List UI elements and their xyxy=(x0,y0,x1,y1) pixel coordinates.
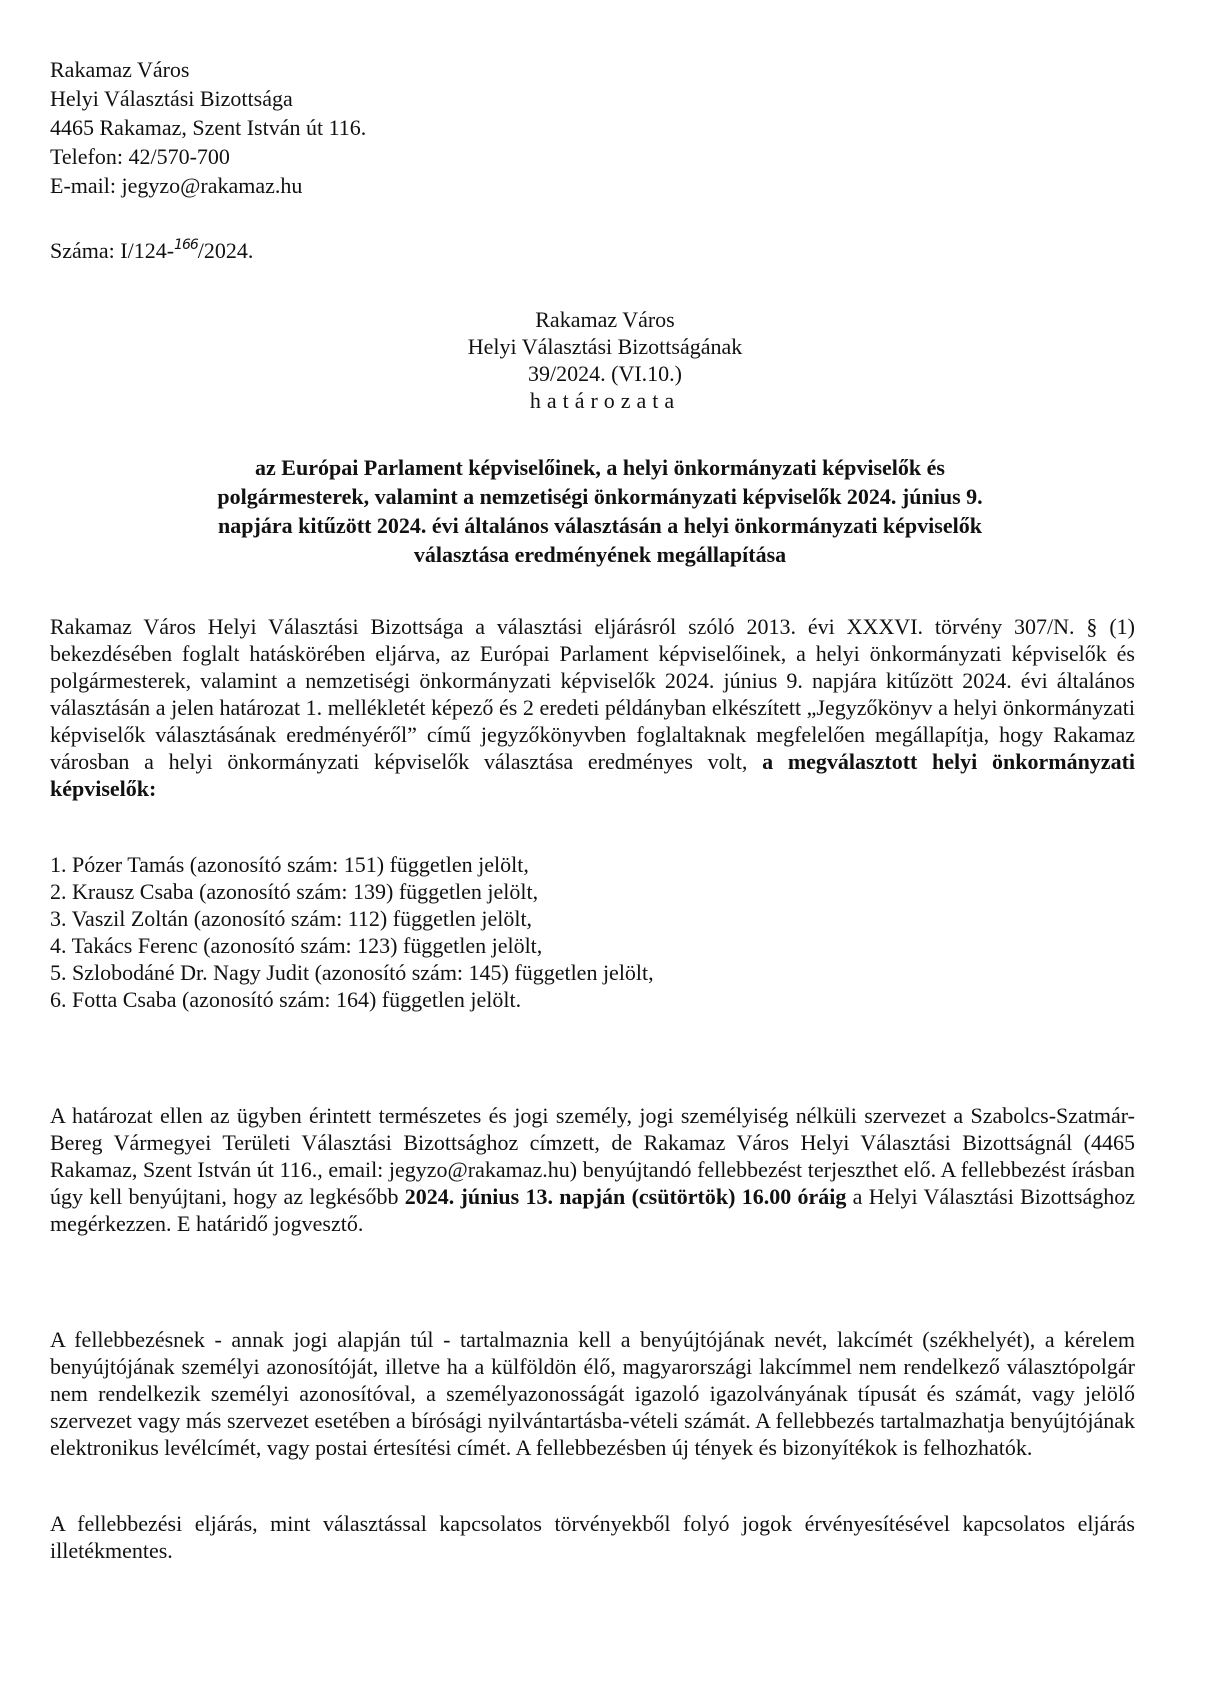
list-item: 6. Fotta Csaba (azonosító szám: 164) füg… xyxy=(50,986,654,1013)
subject-line: az Európai Parlament képviselőinek, a he… xyxy=(60,453,1140,482)
issuer-committee: Helyi Választási Bizottsága xyxy=(50,84,366,113)
appeal-contents-paragraph: A fellebbezésnek - annak jogi alapján tú… xyxy=(50,1326,1135,1461)
reference-suffix: /2024. xyxy=(198,238,254,263)
fee-exemption-paragraph: A fellebbezési eljárás, mint választássa… xyxy=(50,1510,1135,1564)
subject-line: napjára kitűzött 2024. évi általános vál… xyxy=(60,511,1140,540)
title-committee: Helyi Választási Bizottságának xyxy=(0,333,1210,360)
elected-representatives-list: 1. Pózer Tamás (azonosító szám: 151) füg… xyxy=(50,851,654,1013)
appeal-deadline: 2024. június 13. napján (csütörtök) 16.0… xyxy=(405,1184,847,1209)
decision-number: 39/2024. (VI.10.) xyxy=(0,360,1210,387)
title-city: Rakamaz Város xyxy=(0,306,1210,333)
decision-paragraph: Rakamaz Város Helyi Választási Bizottság… xyxy=(50,613,1135,802)
reference-prefix: Száma: I/124- xyxy=(50,238,174,263)
appeal-paragraph: A határozat ellen az ügyben érintett ter… xyxy=(50,1102,1135,1237)
decision-title-block: Rakamaz Város Helyi Választási Bizottság… xyxy=(0,306,1210,414)
subject-line: választása eredményének megállapítása xyxy=(60,540,1140,569)
decision-label: határozata xyxy=(0,387,1210,414)
decision-subject: az Európai Parlament képviselőinek, a he… xyxy=(60,453,1140,569)
handwritten-number: 166 xyxy=(174,237,198,253)
list-item: 2. Krausz Csaba (azonosító szám: 139) fü… xyxy=(50,878,654,905)
paragraph-text: A fellebbezésnek - annak jogi alapján tú… xyxy=(50,1327,1135,1460)
reference-number: Száma: I/124-166/2024. xyxy=(50,237,253,268)
issuer-header: Rakamaz Város Helyi Választási Bizottság… xyxy=(50,55,366,200)
paragraph-text: A fellebbezési eljárás, mint választássa… xyxy=(50,1511,1135,1563)
list-item: 1. Pózer Tamás (azonosító szám: 151) füg… xyxy=(50,851,654,878)
issuer-name: Rakamaz Város xyxy=(50,55,366,84)
list-item: 5. Szlobodáné Dr. Nagy Judit (azonosító … xyxy=(50,959,654,986)
list-item: 4. Takács Ferenc (azonosító szám: 123) f… xyxy=(50,932,654,959)
list-item: 3. Vaszil Zoltán (azonosító szám: 112) f… xyxy=(50,905,654,932)
issuer-email: E-mail: jegyzo@rakamaz.hu xyxy=(50,171,366,200)
issuer-address: 4465 Rakamaz, Szent István út 116. xyxy=(50,113,366,142)
document-page: Rakamaz Város Helyi Választási Bizottság… xyxy=(0,0,1210,1688)
subject-line: polgármesterek, valamint a nemzetiségi ö… xyxy=(60,482,1140,511)
issuer-phone: Telefon: 42/570-700 xyxy=(50,142,366,171)
